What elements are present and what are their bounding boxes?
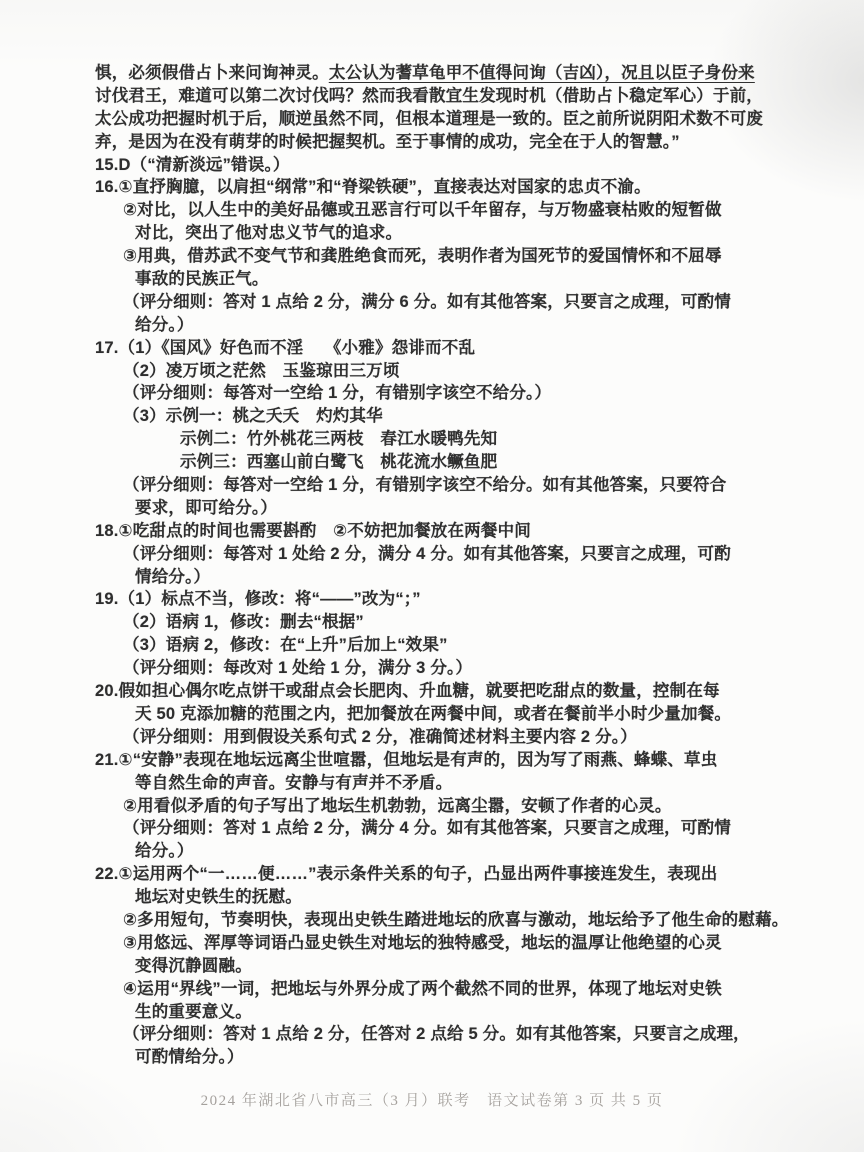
- text-segment: （评分细则：答对 1 点给 2 分，满分 6 分。如有其他答案，只要言之成理，可…: [123, 293, 731, 311]
- footer-text: 2024 年湖北省八市高三（3 月）联考 语文试卷第 3 页 共 5 页: [201, 1093, 664, 1109]
- text-segment: 可酌情给分。）: [135, 1048, 244, 1066]
- document-line: 对比，突出了他对忠义节气的追求。: [135, 222, 805, 245]
- document-line: 17.（1）《国风》好色而不淫 《小雅》怨诽而不乱: [95, 337, 805, 360]
- document-line: 惧，必须假借占卜来问询神灵。太公认为蓍草龟甲不值得问询（吉凶），况且以臣子身份来: [95, 62, 805, 85]
- text-segment: 生的重要意义。: [135, 1003, 252, 1021]
- document-line: 变得沉静圆融。: [135, 955, 805, 978]
- text-segment: （2）凌万顷之茫然 玉鉴琼田三万顷: [123, 362, 400, 380]
- text-segment: 要求，即可给分。）: [135, 499, 277, 517]
- document-line: （评分细则：答对 1 点给 2 分，任答对 2 点给 5 分。如有其他答案，只要…: [123, 1023, 805, 1046]
- document-line: 给分。）: [135, 314, 805, 337]
- text-segment: 17.（1）《国风》好色而不淫 《小雅》怨诽而不乱: [95, 339, 475, 357]
- document-line: ③用典，借苏武不变气节和龚胜绝食而死，表明作者为国死节的爱国情怀和不屈辱: [123, 245, 805, 268]
- document-line: 19.（1）标点不当，修改：将“——”改为“；”: [95, 588, 805, 611]
- text-segment: 示例二：竹外桃花三两枝 春江水暖鸭先知: [180, 430, 497, 448]
- text-segment: 弃，是因为在没有萌芽的时候把握契机。至于事情的成功，完全在于人的智慧。”: [95, 133, 680, 151]
- document-line: 太公成功把握时机于后，顺逆虽然不同，但根本道理是一致的。臣之前所说阴阳术数不可废: [95, 108, 805, 131]
- text-segment: 太公成功把握时机于后，顺逆虽然不同，但根本道理是一致的。臣之前所说阴阳术数不可废: [95, 110, 763, 128]
- document-line: 20.假如担心偶尔吃点饼干或甜点会长肥肉、升血糖，就要把吃甜点的数量，控制在每: [95, 680, 805, 703]
- text-segment: ③用典，借苏武不变气节和龚胜绝食而死，表明作者为国死节的爱国情怀和不屈辱: [123, 247, 722, 265]
- text-segment: ②多用短句，节奏明快，表现出史铁生踏进地坛的欣喜与激动，地坛给予了他生命的慰藉。: [123, 911, 788, 929]
- document-line: （评分细则：每答对一空给 1 分，有错别字该空不给分。）: [123, 382, 805, 405]
- document-line: （2）凌万顷之茫然 玉鉴琼田三万顷: [123, 360, 805, 383]
- text-segment: （评分细则：答对 1 点给 2 分，满分 4 分。如有其他答案，只要言之成理，可…: [123, 819, 731, 837]
- document-line: 生的重要意义。: [135, 1001, 805, 1024]
- document-line: 地坛对史铁生的抚慰。: [135, 886, 805, 909]
- document-line: （评分细则：每答对一空给 1 分，有错别字该空不给分。如有其他答案，只要符合: [123, 474, 805, 497]
- text-segment: 天 50 克添加糖的范围之内，把加餐放在两餐中间，或者在餐前半小时少量加餐。: [135, 705, 731, 723]
- document-line: ④运用“界线”一词，把地坛与外界分成了两个截然不同的世界，体现了地坛对史铁: [123, 978, 805, 1001]
- document-line: 弃，是因为在没有萌芽的时候把握契机。至于事情的成功，完全在于人的智慧。”: [95, 131, 805, 154]
- text-segment: （评分细则：答对 1 点给 2 分，任答对 2 点给 5 分。如有其他答案，只要…: [123, 1025, 750, 1043]
- text-segment: （3）语病 2，修改：在“上升”后加上“效果”: [123, 636, 448, 654]
- text-segment: 19.（1）标点不当，修改：将“——”改为“；”: [95, 590, 421, 608]
- text-segment: （2）语病 1，修改：删去“根据”: [123, 613, 364, 631]
- document-line: （3）语病 2，修改：在“上升”后加上“效果”: [123, 634, 805, 657]
- document-line: 讨伐君王，难道可以第二次讨伐吗？然而我看散宜生发现时机（借助占卜稳定军心）于前，: [95, 85, 805, 108]
- text-segment: ②对比，以人生中的美好品德或丑恶言行可以千年留存，与万物盛衰枯败的短暂做: [123, 201, 722, 219]
- text-segment: （评分细则：每改对 1 处给 1 分，满分 3 分。）: [123, 659, 472, 677]
- document-line: 22.①运用两个“一……便……”表示条件关系的句子，凸显出两件事接连发生，表现出: [95, 863, 805, 886]
- text-segment: （评分细则：每答对一空给 1 分，有错别字该空不给分。如有其他答案，只要符合: [123, 476, 726, 494]
- document-line: ②多用短句，节奏明快，表现出史铁生踏进地坛的欣喜与激动，地坛给予了他生命的慰藉。: [123, 909, 805, 932]
- text-segment: （评分细则：每答对一空给 1 分，有错别字该空不给分。）: [123, 384, 551, 402]
- text-segment: 情给分。）: [135, 568, 210, 586]
- document-line: 可酌情给分。）: [135, 1046, 805, 1069]
- text-segment: ③用悠远、浑厚等词语凸显史铁生对地坛的独特感受，地坛的温厚让他绝望的心灵: [123, 934, 722, 952]
- document-line: 示例三：西塞山前白鹭飞 桃花流水鳜鱼肥: [180, 451, 805, 474]
- scanned-answer-page: 惧，必须假借占卜来问询神灵。太公认为蓍草龟甲不值得问询（吉凶），况且以臣子身份来…: [0, 0, 864, 1152]
- text-segment: 讨伐君王，难道可以第二次讨伐吗？然而我看散宜生发现时机（借助占卜稳定军心）于前，: [95, 87, 763, 105]
- document-line: 18.①吃甜点的时间也需要斟酌 ②不妨把加餐放在两餐中间: [95, 520, 805, 543]
- document-line: （评分细则：每改对 1 处给 1 分，满分 3 分。）: [123, 657, 805, 680]
- document-line: 21.①“安静”表现在地坛远离尘世喧嚣，但地坛是有声的，因为写了雨燕、蜂蝶、草虫: [95, 749, 805, 772]
- text-segment: （评分细则：用到假设关系句式 2 分，准确简述材料主要内容 2 分。）: [123, 728, 637, 746]
- document-line: ②对比，以人生中的美好品德或丑恶言行可以千年留存，与万物盛衰枯败的短暂做: [123, 199, 805, 222]
- document-line: 15.D（“清新淡远”错误。）: [95, 154, 805, 177]
- text-segment: 对比，突出了他对忠义节气的追求。: [135, 224, 402, 242]
- answer-lines: 惧，必须假借占卜来问询神灵。太公认为蓍草龟甲不值得问询（吉凶），况且以臣子身份来…: [95, 62, 805, 1069]
- document-line: （评分细则：答对 1 点给 2 分，满分 4 分。如有其他答案，只要言之成理，可…: [123, 817, 805, 840]
- document-line: ②用看似矛盾的句子写出了地坛生机勃勃，远离尘嚣，安顿了作者的心灵。: [123, 795, 805, 818]
- document-line: 16.①直抒胸臆，以肩担“纲常”和“脊梁铁硬”，直接表达对国家的忠贞不渝。: [95, 176, 805, 199]
- text-segment: 等自然生命的声音。安静与有声并不矛盾。: [135, 774, 452, 792]
- document-line: 事敌的民族正气。: [135, 268, 805, 291]
- text-segment: 惧，必须假借占卜来问询神灵。: [95, 64, 329, 82]
- document-line: （评分细则：用到假设关系句式 2 分，准确简述材料主要内容 2 分。）: [123, 726, 805, 749]
- document-line: （2）语病 1，修改：删去“根据”: [123, 611, 805, 634]
- page-footer: 2024 年湖北省八市高三（3 月）联考 语文试卷第 3 页 共 5 页: [0, 1089, 864, 1110]
- text-segment: 给分。）: [135, 316, 194, 334]
- text-segment: 15.D（“清新淡远”错误。）: [95, 156, 290, 174]
- document-line: （评分细则：每答对 1 处给 2 分，满分 4 分。如有其他答案，只要言之成理，…: [123, 543, 805, 566]
- text-segment: ④运用“界线”一词，把地坛与外界分成了两个截然不同的世界，体现了地坛对史铁: [123, 980, 722, 998]
- text-segment: 18.①吃甜点的时间也需要斟酌 ②不妨把加餐放在两餐中间: [95, 522, 531, 540]
- text-segment: 16.①直抒胸臆，以肩担“纲常”和“脊梁铁硬”，直接表达对国家的忠贞不渝。: [95, 178, 651, 196]
- text-segment: 示例三：西塞山前白鹭飞 桃花流水鳜鱼肥: [180, 453, 497, 471]
- document-line: 要求，即可给分。）: [135, 497, 805, 520]
- text-segment: 变得沉静圆融。: [135, 957, 252, 975]
- text-segment: 20.假如担心偶尔吃点饼干或甜点会长肥肉、升血糖，就要把吃甜点的数量，控制在每: [95, 682, 720, 700]
- underlined-text: 太公认为蓍草龟甲不值得问询（吉凶），况且以臣子身份来: [329, 64, 755, 82]
- document-line: 情给分。）: [135, 566, 805, 589]
- text-segment: ②用看似矛盾的句子写出了地坛生机勃勃，远离尘嚣，安顿了作者的心灵。: [123, 797, 672, 815]
- text-segment: 地坛对史铁生的抚慰。: [135, 888, 302, 906]
- text-segment: （评分细则：每答对 1 处给 2 分，满分 4 分。如有其他答案，只要言之成理，…: [123, 545, 731, 563]
- document-line: 天 50 克添加糖的范围之内，把加餐放在两餐中间，或者在餐前半小时少量加餐。: [135, 703, 805, 726]
- document-line: ③用悠远、浑厚等词语凸显史铁生对地坛的独特感受，地坛的温厚让他绝望的心灵: [123, 932, 805, 955]
- text-segment: 给分。）: [135, 842, 194, 860]
- document-line: 示例二：竹外桃花三两枝 春江水暖鸭先知: [180, 428, 805, 451]
- document-line: 等自然生命的声音。安静与有声并不矛盾。: [135, 772, 805, 795]
- text-segment: 事敌的民族正气。: [135, 270, 269, 288]
- text-segment: 21.①“安静”表现在地坛远离尘世喧嚣，但地坛是有声的，因为写了雨燕、蜂蝶、草虫: [95, 751, 717, 769]
- text-segment: （3）示例一：桃之夭夭 灼灼其华: [123, 407, 383, 425]
- document-line: （评分细则：答对 1 点给 2 分，满分 6 分。如有其他答案，只要言之成理，可…: [123, 291, 805, 314]
- document-line: （3）示例一：桃之夭夭 灼灼其华: [123, 405, 805, 428]
- document-line: 给分。）: [135, 840, 805, 863]
- text-segment: 22.①运用两个“一……便……”表示条件关系的句子，凸显出两件事接连发生，表现出: [95, 865, 717, 883]
